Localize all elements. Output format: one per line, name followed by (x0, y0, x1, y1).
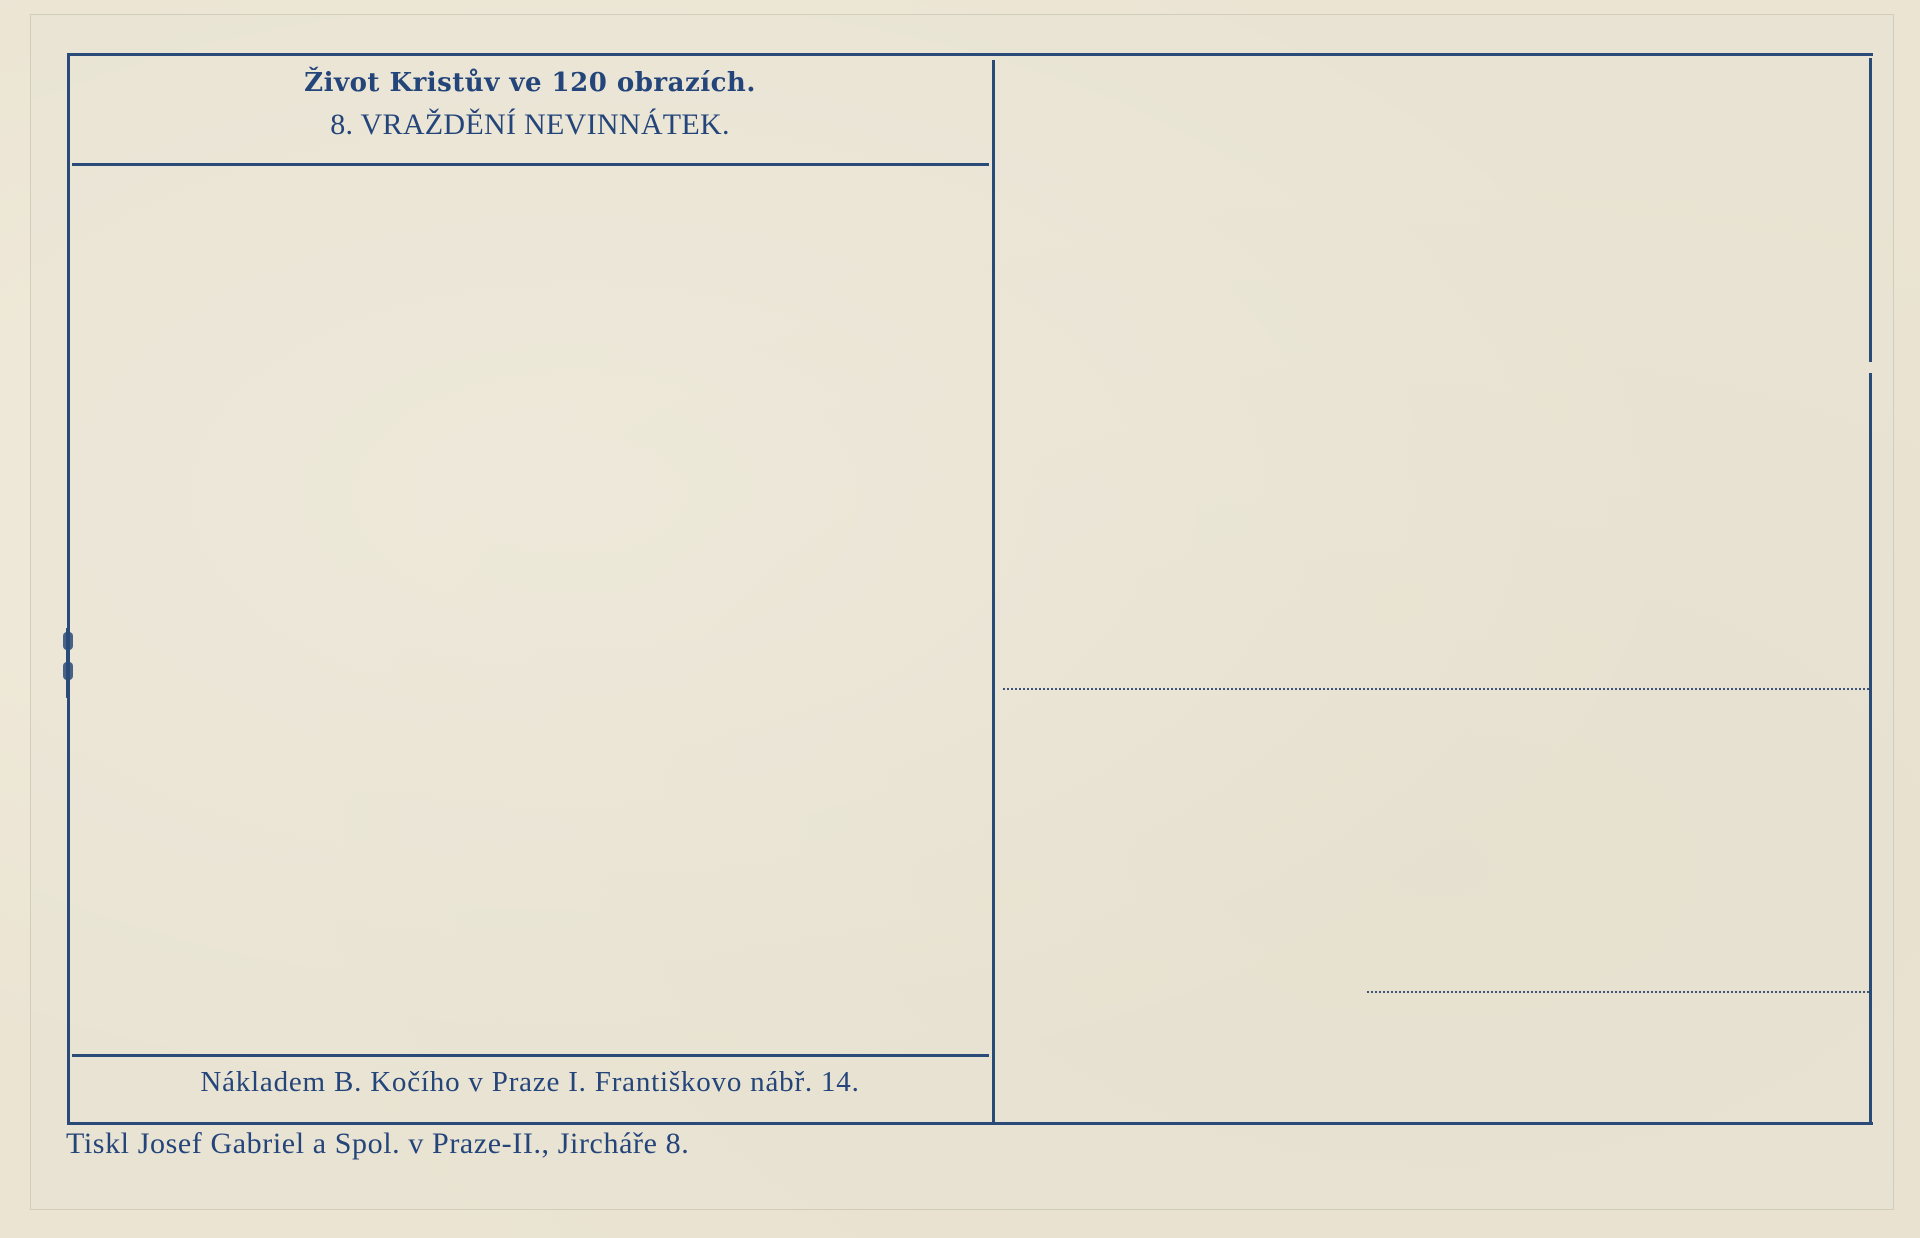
frame-right-rule-upper (1869, 58, 1872, 362)
address-dotted-line (1003, 688, 1869, 690)
address-dotted-line-short (1367, 991, 1869, 993)
printer-line: Tiskl Josef Gabriel a Spol. v Praze-II.,… (66, 1127, 689, 1161)
message-panel: Život Kristův ve 120 obrazích. 8. VRAŽDĚ… (70, 56, 990, 1122)
publisher-line: Nákladem B. Kočího v Praze I. Františkov… (70, 1066, 990, 1099)
series-title: Život Kristův ve 120 obrazích. (70, 68, 990, 98)
message-area (70, 166, 990, 1054)
card-subtitle: 8. VRAŽDĚNÍ NEVINNÁTEK. (70, 108, 990, 142)
footer-divider (72, 1054, 989, 1057)
address-area (995, 56, 1869, 1122)
card-header: Život Kristův ve 120 obrazích. 8. VRAŽDĚ… (70, 56, 990, 164)
frame-right-rule-lower (1869, 373, 1872, 1125)
